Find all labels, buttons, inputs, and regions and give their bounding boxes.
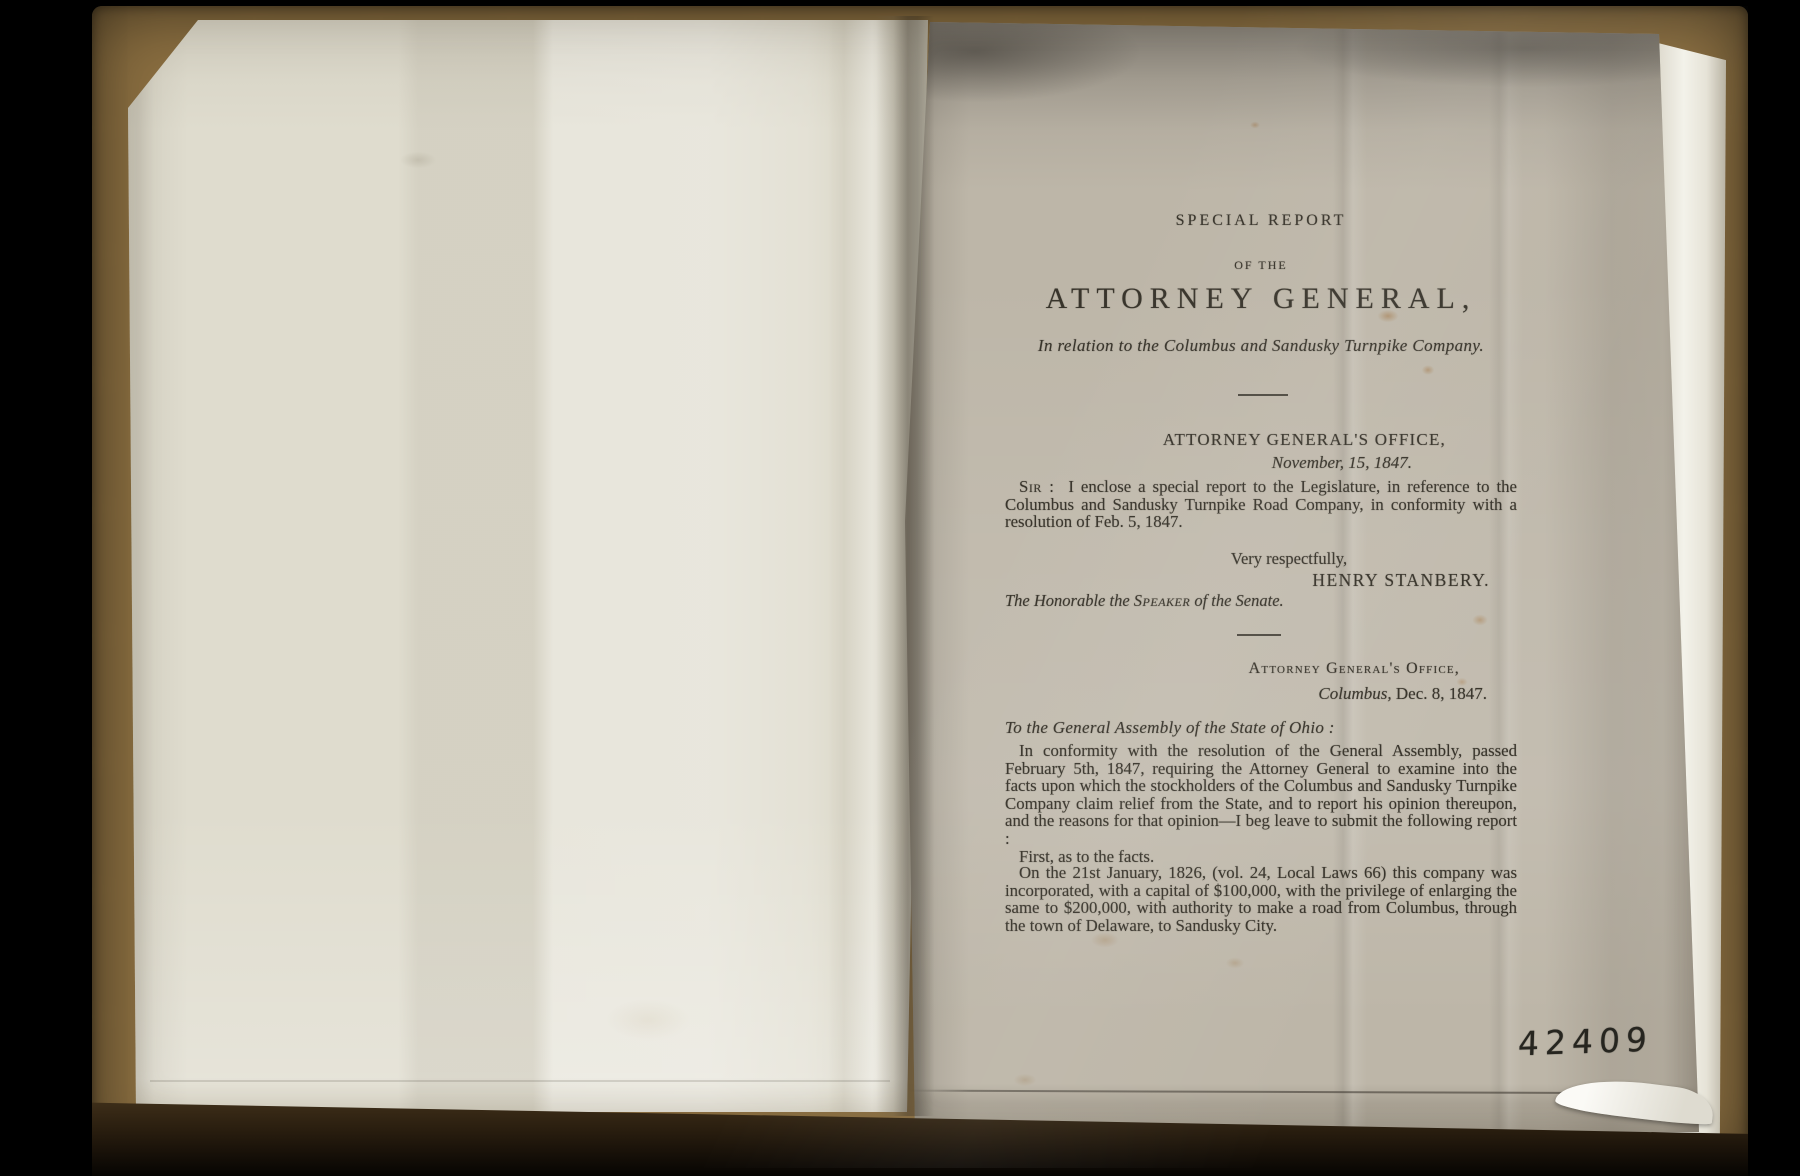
report-title: ATTORNEY GENERAL, [1005, 282, 1517, 316]
letter1-addressee: The Honorable the Speaker of the Senate. [1005, 591, 1517, 611]
addressee-title: Speaker [1134, 591, 1190, 610]
addressee-prefix: The Honorable the [1005, 591, 1134, 610]
report-office-line: Attorney General's Office, [1005, 660, 1517, 678]
letter1-salutation: Sir : [1019, 477, 1054, 496]
addressee-suffix: of the Senate. [1190, 591, 1283, 610]
letter1-body-paragraph: Sir : I enclose a special report to the … [1005, 478, 1517, 531]
report-subtitle: In relation to the Columbus and Sandusky… [1005, 336, 1517, 356]
letter1-body-text: I enclose a special report to the Legisl… [1005, 477, 1517, 531]
report-of-the: OF THE [1005, 258, 1517, 273]
printed-document-page: SPECIAL REPORT OF THE ATTORNEY GENERAL, … [905, 22, 1703, 1132]
report-salutation: To the General Assembly of the State of … [1005, 718, 1517, 738]
report-kicker: SPECIAL REPORT [1005, 212, 1517, 230]
letter1-signature: HENRY STANBERY. [1005, 570, 1517, 591]
handwritten-catalog-number: 42409 [1517, 1020, 1653, 1064]
book-photograph: SPECIAL REPORT OF THE ATTORNEY GENERAL, … [0, 0, 1800, 1176]
left-blank-page [128, 20, 930, 1112]
divider-rule-1 [1238, 394, 1288, 396]
divider-rule-2 [1237, 634, 1281, 636]
report-date: Dec. 8, 1847. [1392, 684, 1487, 703]
letter1-valediction: Very respectfully, [1033, 549, 1545, 569]
sleeve-edge-line-left [150, 1080, 890, 1082]
report-paragraph-2: On the 21st January, 1826, (vol. 24, Loc… [1005, 864, 1517, 934]
report-place: Columbus, [1318, 684, 1391, 703]
letter1-office-line: ATTORNEY GENERAL'S OFFICE, [1005, 430, 1517, 450]
report-paragraph-1: In conformity with the resolution of the… [1005, 742, 1517, 848]
document-text-column: SPECIAL REPORT OF THE ATTORNEY GENERAL, … [1005, 22, 1517, 1132]
report-date-line: Columbus, Dec. 8, 1847. [1005, 684, 1517, 704]
letter1-date-line: November, 15, 1847. [1005, 453, 1517, 473]
